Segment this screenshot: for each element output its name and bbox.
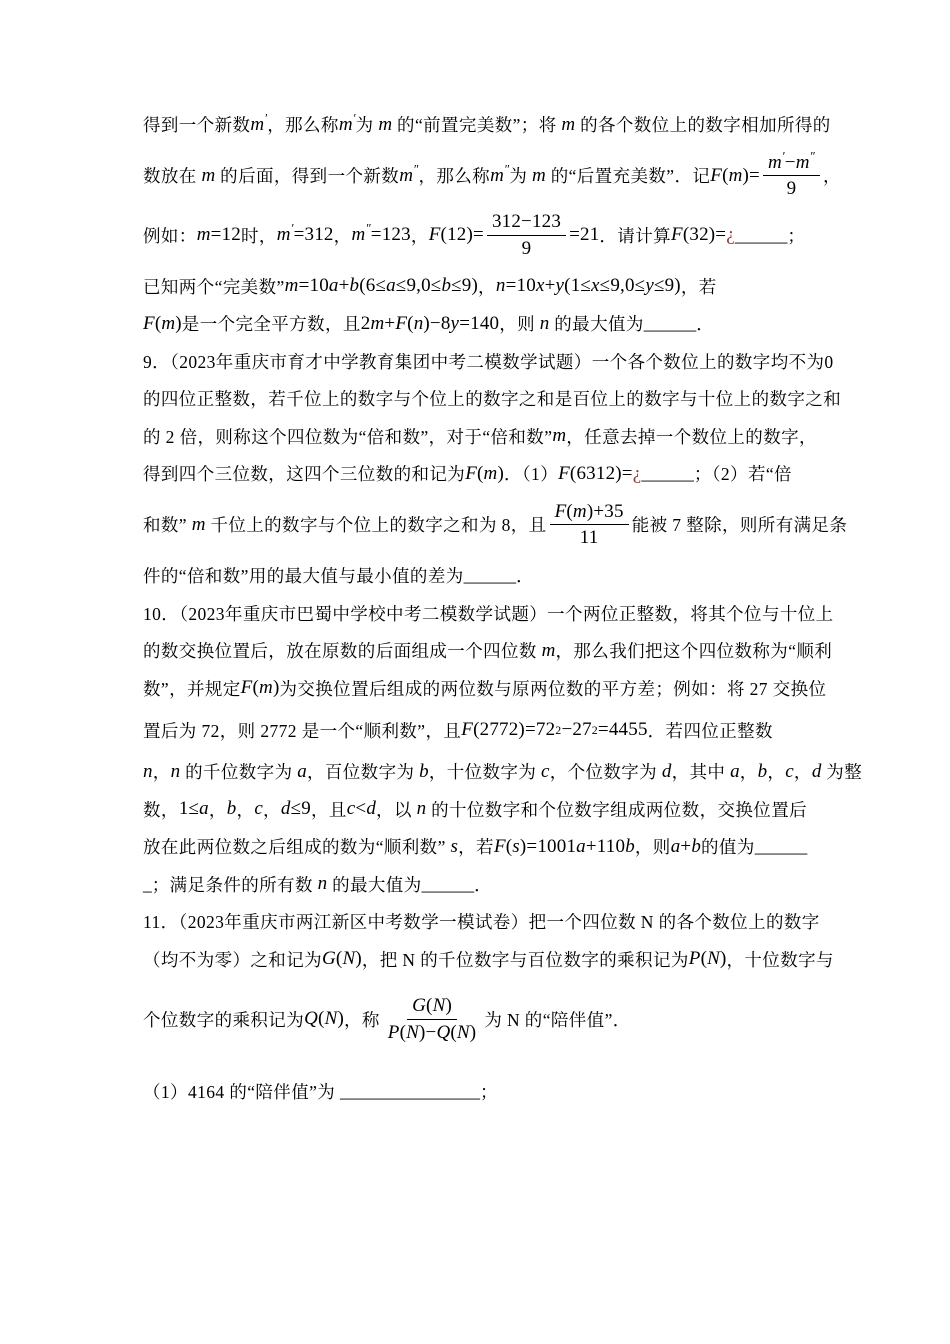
formula: P(N)−Q(N) (388, 1022, 477, 1043)
cjk-text: ，那么称 (267, 112, 339, 137)
formula: m (192, 514, 206, 536)
text-line: 放在此两位数之后组成的数为“顺利数” s，若F(s)=1001a+110b，则a… (143, 828, 812, 866)
formula: m′ (250, 114, 267, 136)
cjk-text: 件的“倍和数”用的最大值与最小值的差为 (143, 563, 464, 588)
formula: F(12)= (429, 224, 484, 246)
formula: G(N) (412, 995, 452, 1016)
cjk-text: 的值为 (701, 834, 755, 859)
cjk-text: 的最大值为 (327, 872, 421, 897)
formula: n (318, 873, 328, 895)
text-line: 和数” m 千位上的数字与个位上的数字之和为 8，且F(m)+3511能被 7 … (143, 498, 812, 553)
text-line: 数放在 m 的后面，得到一个新数m″，那么称m″为 m 的“后置充美数”．记F(… (143, 149, 812, 204)
formula: m (201, 165, 215, 187)
cjk-text: 千位上的数字与个位上的数字之和为 8，且 (206, 512, 547, 537)
cjk-text: ． (516, 563, 534, 588)
cjk-text: 数”，并规定 (143, 676, 241, 701)
cjk-text: 能被 7 整除，则所有满足条 (632, 512, 848, 537)
formula: F(m) (465, 463, 504, 485)
formula: F(2772)=72 (461, 719, 555, 741)
formula: F(6312)= (558, 463, 633, 485)
text-line: n，n 的千位数字为 a，百位数字为 b，十位数字为 c，个位数字为 d，其中 … (143, 753, 812, 791)
formula: b (758, 761, 768, 783)
cjk-text: ． (474, 872, 492, 897)
cjk-text: （均不为零）之和记为 (143, 947, 322, 972)
text-line: 的四位正整数，若千位上的数字与个位上的数字之和是百位上的数字与十位上的数字之和 (143, 380, 812, 418)
text-line: F(m)是一个完全平方数，且2m+F(n)−8y=140，则 n 的最大值为__… (143, 305, 812, 343)
document-page[interactable]: 得到一个新数m′，那么称m′为 m 的“前置完美数”；将 m 的各个数位上的数字… (0, 0, 950, 1344)
text-line: 10．（2023年重庆市巴蜀中学校中考二模数学试题）一个两位正整数，将其个位与十… (143, 595, 812, 633)
formula: a (297, 761, 307, 783)
cjk-text: ，且 (311, 797, 347, 822)
cjk-text: 的千位数字为 (180, 759, 297, 784)
formula: 11 (580, 527, 599, 548)
cjk-text: 为交换位置后组成的两位数与原两位数的平方差；例如：将 27 交换位 (279, 676, 826, 701)
formula: n (143, 761, 153, 783)
cjk-text: （1）4164 的“陪伴值”为 (143, 1079, 340, 1104)
fraction-numerator: m′−m″ (763, 151, 820, 177)
cjk-text: 为 (509, 163, 532, 188)
cjk-text: 的数交换位置后，放在原数的后面组成一个四位数 (143, 638, 542, 663)
cjk-text: ，那么称 (418, 163, 490, 188)
answer-blank[interactable]: ______ (464, 565, 517, 586)
cjk-text: 是一个完全平方数，且 (182, 311, 361, 336)
cjk-text: 已知两个“完美数” (143, 274, 285, 299)
cjk-text: 的后面，得到一个新数 (215, 163, 399, 188)
formula: F(s)=1001a+110b (494, 836, 635, 858)
cjk-text: 得到四个三位数，这四个三位数的和记为 (143, 461, 465, 486)
cjk-text: ， (411, 223, 429, 248)
cjk-text: ，若 (681, 274, 717, 299)
formula: c (785, 761, 794, 783)
formula: m=10a+b(6≤a≤9,0≤b≤9) (285, 275, 478, 297)
fraction-numerator: G(N) (407, 994, 457, 1020)
cjk-text: ，把 N 的千位数字与百位数字的乘积记为 (362, 947, 689, 972)
fraction-denominator: P(N)−Q(N) (383, 1020, 482, 1045)
formula: m′−m″ (768, 152, 815, 173)
cjk-text: 的十位数字和个位数字组成两位数，交换位置后 (426, 797, 807, 822)
answer-blank[interactable]: ______ (422, 874, 475, 895)
cjk-text: ； (787, 223, 805, 248)
formula: m (552, 425, 566, 447)
cjk-text: ．（1） (504, 461, 558, 486)
cjk-text: 的四位正整数，若千位上的数字与个位上的数字之和是百位上的数字与十位上的数字之和 (143, 386, 841, 411)
cjk-text: ，则 (499, 311, 540, 336)
cjk-text: ，十位数字为 (429, 759, 541, 784)
missing-value-marker: ¿ (726, 224, 735, 246)
text-line: 置后为 72，则 2772 是一个“顺利数”，且F(2772)=722−272=… (143, 707, 812, 753)
cjk-text: ；满足条件的所有数 (152, 872, 318, 897)
formula: a (730, 761, 740, 783)
answer-blank[interactable]: ________________ (340, 1081, 480, 1102)
cjk-text: ， (740, 759, 758, 784)
cjk-text: ， (767, 759, 785, 784)
cjk-text: 数， (143, 797, 179, 822)
cjk-text: 为整 (822, 759, 863, 784)
text-line: 得到一个新数m′，那么称m′为 m 的“前置完美数”；将 m 的各个数位上的数字… (143, 106, 812, 144)
formula: =4455 (598, 719, 648, 741)
formula: 1≤a (179, 798, 209, 820)
fraction: m′−m″9 (763, 151, 820, 202)
answer-blank[interactable]: ______ (641, 463, 694, 484)
cjk-text: 得到一个新数 (143, 112, 250, 137)
cjk-text: ，以 (376, 797, 417, 822)
formula: s (451, 836, 459, 858)
cjk-text: ， (823, 163, 841, 188)
text-line: 数，1≤a，b，c，d≤9，且c<d，以 n 的十位数字和个位数字组成两位数，交… (143, 791, 812, 829)
cjk-text: ．若四位正整数 (648, 718, 773, 743)
cjk-text: 9．（2023年重庆市育才中学教育集团中考二模数学试题）一个各个数位上的数字均不… (143, 349, 834, 374)
formula: n (540, 313, 550, 335)
cjk-text: 个位数字的乘积记为 (143, 1007, 304, 1032)
cjk-text: ， (478, 274, 496, 299)
formula: F(m)+35 (555, 501, 624, 522)
formula: m″ (399, 165, 418, 187)
formula: n=10x+y(1≤x≤9,0≤y≤9) (496, 275, 681, 297)
formula: b (419, 761, 429, 783)
formula: F(m) (143, 313, 182, 335)
cjk-text: ； (480, 1079, 498, 1104)
cjk-text: 的 2 倍，则称这个四位数为“倍和数”，对于“倍和数” (143, 424, 552, 449)
formula: P(N) (689, 948, 727, 970)
formula: d (662, 761, 672, 783)
formula: 9 (787, 178, 797, 199)
text-line: 已知两个“完美数”m=10a+b(6≤a≤9,0≤b≤9)，n=10x+y(1≤… (143, 268, 812, 306)
formula: a+b (671, 836, 701, 858)
fraction-denominator: 9 (782, 176, 802, 201)
answer-blank[interactable]: ______ (644, 313, 697, 334)
cjk-text: 10．（2023年重庆市巴蜀中学校中考二模数学试题）一个两位正整数，将其个位与十… (143, 601, 834, 626)
fraction: G(N)P(N)−Q(N) (383, 994, 482, 1045)
answer-blank[interactable]: ______ (735, 225, 788, 246)
text-line: _；满足条件的所有数 n 的最大值为______． (143, 866, 812, 904)
cjk-text: 和数” (143, 512, 192, 537)
cjk-text: 为 N 的“陪伴值”． (484, 1007, 630, 1032)
cjk-text: ，百位数字为 (307, 759, 419, 784)
formula: m=12 (197, 224, 241, 246)
formula: 312−123 (492, 211, 561, 232)
text-line: （1）4164 的“陪伴值”为 ________________； (143, 1073, 812, 1111)
formula: m (532, 165, 546, 187)
formula: c<d (347, 798, 376, 820)
cjk-text: ，十位数字与 (727, 947, 834, 972)
formula: m″=123 (352, 224, 411, 246)
cjk-text: 为 (356, 112, 379, 137)
cjk-text: ，则 (635, 834, 671, 859)
text-line: （均不为零）之和记为G(N)，把 N 的千位数字与百位数字的乘积记为P(N)，十… (143, 941, 812, 979)
formula: Q(N) (304, 1008, 344, 1030)
formula: m′ (339, 114, 356, 136)
formula: =21 (569, 224, 599, 246)
cjk-text: ；（2）若“倍 (694, 461, 792, 486)
formula: F(m)= (710, 165, 760, 187)
cjk-text: 的“前置完美数”；将 (392, 112, 561, 137)
cjk-text: ，称 (344, 1007, 380, 1032)
fraction-numerator: F(m)+35 (550, 500, 629, 526)
text-line: 件的“倍和数”用的最大值与最小值的差为______． (143, 557, 812, 595)
cjk-text: 的最大值为 (550, 311, 644, 336)
fraction-numerator: 312−123 (487, 210, 566, 236)
formula: F(m) (241, 677, 280, 699)
formula: c (254, 798, 263, 820)
cjk-text: 11．（2023年重庆市两江新区中考数学一模试卷）把一个四位数 N 的各个数位上… (143, 909, 820, 934)
formula: n (171, 761, 181, 783)
cjk-text: 放在此两位数之后组成的数为“顺利数” (143, 834, 451, 859)
cjk-text: ，任意去掉一个数位上的数字， (566, 424, 817, 449)
cjk-text: 时， (241, 223, 277, 248)
cjk-text: ，个位数字为 (550, 759, 662, 784)
cjk-text: 数放在 (143, 163, 201, 188)
fraction-denominator: 11 (575, 525, 604, 550)
cjk-text: ， (263, 797, 281, 822)
formula: d (812, 761, 822, 783)
fraction-denominator: 9 (517, 236, 537, 261)
text-line: 的数交换位置后，放在原数的后面组成一个四位数 m，那么我们把这个四位数称为“顺利 (143, 632, 812, 670)
cjk-text: ， (334, 223, 352, 248)
cjk-text: ，那么我们把这个四位数称为“顺利 (556, 638, 833, 663)
text-line: 的 2 倍，则称这个四位数为“倍和数”，对于“倍和数”m，任意去掉一个数位上的数… (143, 418, 812, 456)
cjk-text: ， (794, 759, 812, 784)
formula: 9 (522, 238, 532, 259)
cjk-text: 例如： (143, 223, 197, 248)
text-line: 9．（2023年重庆市育才中学教育集团中考二模数学试题）一个各个数位上的数字均不… (143, 343, 812, 381)
formula: m (561, 114, 575, 136)
cjk-text: ．请计算 (599, 223, 671, 248)
formula: m (542, 640, 556, 662)
text-line: 11．（2023年重庆市两江新区中考数学一模试卷）把一个四位数 N 的各个数位上… (143, 903, 812, 941)
cjk-text: ， (236, 797, 254, 822)
formula: m″ (490, 165, 509, 187)
cjk-text: 置后为 72，则 2772 是一个“顺利数”，且 (143, 718, 461, 743)
cjk-text: ， (153, 759, 171, 784)
cjk-text: 的“后置充美数”．记 (546, 163, 710, 188)
cjk-text: ． (696, 311, 714, 336)
formula: −27 (561, 719, 591, 741)
formula: c (541, 761, 550, 783)
answer-blank[interactable]: ______ (755, 836, 808, 857)
text-line: 数”，并规定F(m)为交换位置后组成的两位数与原两位数的平方差；例如：将 27 … (143, 670, 812, 708)
formula: d≤9 (281, 798, 311, 820)
text-line: 例如：m=12时，m′=312，m″=123，F(12)=312−1239=21… (143, 208, 812, 263)
formula: m (378, 114, 392, 136)
formula: m′=312 (277, 224, 334, 246)
cjk-text: 的各个数位上的数字相加所得的 (575, 112, 830, 137)
cjk-text: ， (209, 797, 227, 822)
cjk-text: ，若 (458, 834, 494, 859)
formula: 2m+F(n)−8y=140 (361, 313, 499, 335)
text-line: 得到四个三位数，这四个三位数的和记为F(m)．（1）F(6312)=¿_____… (143, 455, 812, 493)
fraction: F(m)+3511 (550, 500, 629, 551)
fraction: 312−1239 (487, 210, 566, 261)
formula: G(N) (322, 948, 362, 970)
formula: b (227, 798, 237, 820)
formula: F(32)= (671, 224, 726, 246)
cjk-text: ，其中 (672, 759, 730, 784)
formula: n (417, 798, 427, 820)
text-line: 个位数字的乘积记为Q(N)，称G(N)P(N)−Q(N)为 N 的“陪伴值”． (143, 992, 812, 1047)
answer-blank[interactable]: _ (143, 874, 152, 895)
